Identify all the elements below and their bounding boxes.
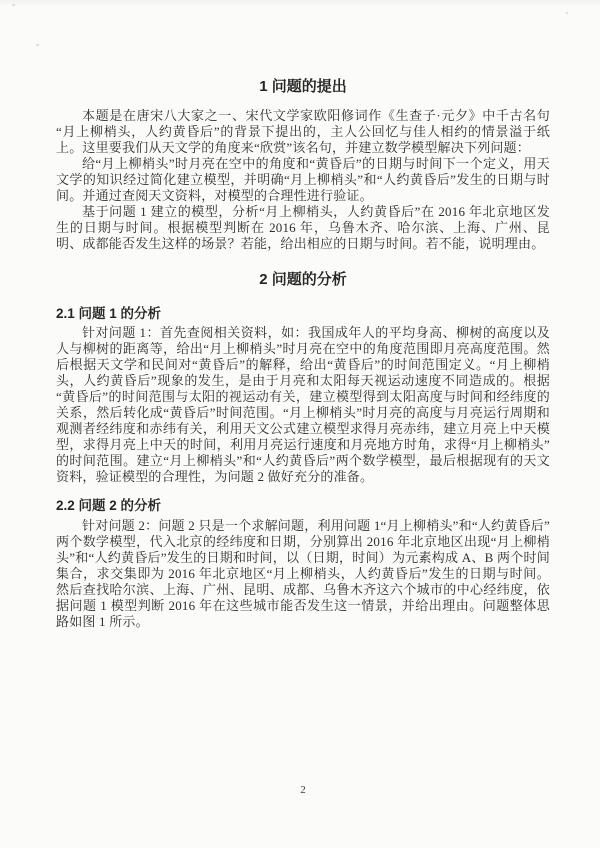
page-content: 1 问题的提出 本题是在唐宋八大家之一、宋代文学家欧阳修词作《生查子·元夕》中千… [56, 78, 550, 630]
scan-speck [36, 44, 39, 46]
document-page: 1 问题的提出 本题是在唐宋八大家之一、宋代文学家欧阳修词作《生查子·元夕》中千… [0, 0, 600, 848]
section-heading-1: 1 问题的提出 [56, 78, 550, 96]
page-number: 2 [56, 784, 550, 796]
subsection-heading-2-1: 2.1 问题 1 的分析 [56, 305, 550, 322]
scan-speck [566, 12, 568, 14]
paragraph-problem-task-2: 基于问题 1 建立的模型，分析“月上柳梢头，人约黄昏后”在 2016 年北京地区… [56, 204, 550, 252]
paragraph-analysis-problem-1: 针对问题 1：首先查阅相关资料，如：我国成年人的平均身高、柳树的高度以及人与柳树… [56, 325, 550, 485]
section-heading-2: 2 问题的分析 [56, 271, 550, 289]
scan-artifact-top-edge [0, 0, 600, 6]
scan-speck [12, 4, 15, 6]
paragraph-analysis-problem-2: 针对问题 2：问题 2 只是一个求解问题，利用问题 1“月上柳梢头”和“人约黄昏… [56, 518, 550, 630]
subsection-heading-2-2: 2.2 问题 2 的分析 [56, 497, 550, 514]
paragraph-problem-task-1: 给“月上柳梢头”时月亮在空中的角度和“黄昏后”的日期与时间下一个定义，用天文学的… [56, 156, 550, 204]
paragraph-problem-background: 本题是在唐宋八大家之一、宋代文学家欧阳修词作《生查子·元夕》中千古名句“月上柳梢… [56, 108, 550, 156]
